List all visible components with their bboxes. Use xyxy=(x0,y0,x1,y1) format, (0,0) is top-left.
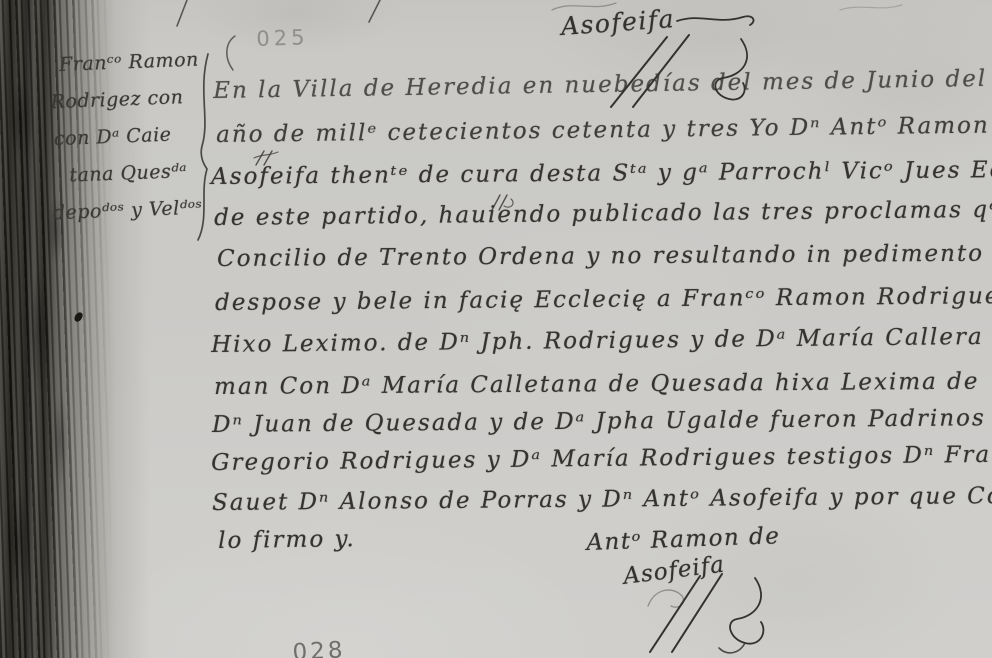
record-line: Gregorio Rodrigues y Dᵃ María Rodrigues … xyxy=(211,441,992,476)
previous-entry-stroke-fragments xyxy=(0,0,992,40)
entry-opening-flourish xyxy=(222,34,240,74)
record-line: Concilio de Trento Ordena y no resultand… xyxy=(217,241,984,272)
record-line: Dⁿ Juan de Quesada y de Dᵃ Jpha Ugalde f… xyxy=(212,405,992,438)
insertion-mark-2 xyxy=(487,192,519,214)
record-line: Sauet Dⁿ Alonso de Porras y Dⁿ Antᵒ Asof… xyxy=(212,483,992,516)
record-line: de este partido, hauiendo publicado las … xyxy=(214,196,992,231)
insertion-mark-1 xyxy=(252,148,282,168)
next-entry-stroke-fragment xyxy=(645,584,695,614)
record-line: Asofeifa thenᵗᵉ de cura desta Sᵗᵃ y gᵃ P… xyxy=(211,157,992,190)
bottom-signature-rubric-flourish xyxy=(605,558,805,658)
record-line: año de millᵉ cetecientos cetenta y tres … xyxy=(216,112,992,148)
bottom-signature-name: Antᵒ Ramon de xyxy=(586,523,781,556)
manuscript-page: 025 028 Asofeifa Franᶜᵒ Ramon Rodrigez c… xyxy=(0,0,992,658)
record-line: despose y bele in facię Ecclecię a Franᶜ… xyxy=(215,283,992,316)
entry-number-bottom: 028 xyxy=(292,637,346,658)
entry-number-top: 025 xyxy=(256,25,309,51)
record-line: man Con Dᵃ María Calletana de Quesada hi… xyxy=(214,369,980,400)
record-line: lo firmo y. xyxy=(218,526,356,554)
record-line: Hixo Leximo. de Dⁿ Jph. Rodrigues y de D… xyxy=(211,323,992,358)
